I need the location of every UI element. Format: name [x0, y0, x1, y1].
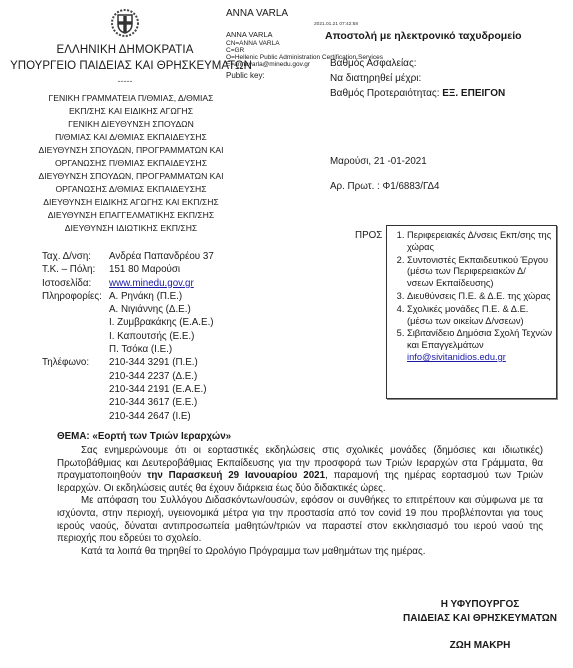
- postal-label: Τ.Κ. – Πόλη:: [42, 263, 109, 276]
- address-label: Ταχ. Δ/νση:: [42, 250, 109, 263]
- department-line: ΓΕΝΙΚΗ ΔΙΕΥΘΥΝΣΗ ΣΠΟΥΔΩΝ: [0, 118, 262, 131]
- department-line: ΔΙΕΥΘΥΝΣΗ ΣΠΟΥΔΩΝ, ΠΡΟΓΡΑΜΜΑΤΩΝ ΚΑΙ: [0, 144, 262, 157]
- retention-label: Να διατηρηθεί μέχρι:: [330, 73, 421, 84]
- signatory-title-1: Η ΥΦΥΠΟΥΡΓΟΣ: [400, 599, 560, 610]
- recipient-item: Σχολικές μονάδες Π.Ε. & Δ.Ε. (μέσω των ο…: [407, 304, 552, 328]
- website-link[interactable]: www.minedu.gov.gr: [109, 277, 194, 290]
- public-key-label: Public key:: [226, 71, 265, 80]
- security-level-label: Βαθμός Ασφαλείας:: [330, 58, 417, 69]
- body-paragraph-3: Κατά τα λοιπά θα τηρηθεί το Ωρολόγιο Πρό…: [57, 546, 543, 559]
- body-text: Σας ενημερώνουμε ότι οι εορταστικές εκδη…: [57, 445, 543, 558]
- recipient-item: Συντονιστές Εκπαιδευτικού Έργου (μέσω τω…: [407, 255, 552, 290]
- signatory-title-2: ΠΑΙΔΕΙΑΣ ΚΑΙ ΘΡΗΣΚΕΥΜΑΤΩΝ: [400, 613, 560, 624]
- phone-number: 210-344 2237 (Δ.Ε.): [109, 370, 197, 383]
- email-notice: Αποστολή με ηλεκτρονικό ταχυδρομείο: [325, 30, 522, 42]
- department-line: ΟΡΓΑΝΩΣΗΣ Δ/ΘΜΙΑΣ ΕΚΠΑΙΔΕΥΣΗΣ: [0, 183, 262, 196]
- website-label: Ιστοσελίδα:: [42, 277, 109, 290]
- phone-label: Τηλέφωνο:: [42, 356, 109, 369]
- phone-number: 210-344 3617 (Ε.Ε.): [109, 396, 197, 409]
- recipients-label: ΠΡΟΣ :: [355, 230, 388, 241]
- phone-number: 210-344 2647 (Ι.Ε): [109, 410, 191, 423]
- recipient-email-link[interactable]: info@sivitanidios.edu.gr: [407, 352, 506, 362]
- recipient-item: Σιβιτανίδειο Δημόσια Σχολή Τεχνών και Επ…: [407, 328, 552, 363]
- info-person: Ι. Ζυμβρακάκης (Ε.Α.Ε.): [109, 316, 214, 329]
- department-line: ΔΙΕΥΘΥΝΣΗ ΙΔΙΩΤΙΚΗΣ ΕΚΠ/ΣΗΣ: [0, 222, 262, 235]
- department-line: ΟΡΓΑΝΩΣΗΣ Π/ΘΜΙΑΣ ΕΚΠΑΙΔΕΥΣΗΣ: [0, 157, 262, 170]
- signature-signer-name: ANNA VARLA: [226, 8, 288, 19]
- document-date: Μαρούσι, 21 -01-2021: [330, 156, 427, 167]
- event-date: την Παρασκευή 29 Ιανουαρίου 2021: [147, 470, 325, 481]
- signature-timestamp: 2021.01.21 07:42:58: [314, 22, 358, 27]
- phone-number: 210-344 2191 (Ε.Α.Ε.): [109, 383, 207, 396]
- department-line: Π/ΘΜΙΑΣ ΚΑΙ Δ/ΘΜΙΑΣ ΕΚΠΑΙΔΕΥΣΗΣ: [0, 131, 262, 144]
- recipients-box: Περιφερειακές Δ/νσεις Εκπ/σης της χώρας …: [386, 225, 557, 399]
- recipient-label: Σιβιτανίδειο Δημόσια Σχολή Τεχνών και Επ…: [407, 328, 552, 350]
- protocol-number: Αρ. Πρωτ. : Φ1/6883/ΓΔ4: [330, 181, 439, 192]
- department-line: ΔΙΕΥΘΥΝΣΗ ΕΠΑΓΓΕΛΜΑΤΙΚΗΣ ΕΚΠ/ΣΗΣ: [0, 209, 262, 222]
- signature-cn-title: ANNA VARLA: [226, 30, 273, 39]
- signature-detail: CN=ANNA VARLA: [226, 40, 280, 47]
- priority-line: Βαθμός Προτεραιότητας: ΕΞ. ΕΠΕΙΓΟΝ: [330, 88, 505, 99]
- country-name: ΕΛΛΗΝΙΚΗ ΔΗΜΟΚΡΑΤΙΑ: [0, 44, 250, 56]
- signature-detail: E=annavarla@minedu.gov.gr: [226, 61, 310, 68]
- info-person: Ι. Καπουτσής (Ε.Ε.): [109, 330, 194, 343]
- separator: -----: [110, 76, 140, 86]
- contact-block: Ταχ. Δ/νση:Ανδρέα Παπανδρέου 37 Τ.Κ. – Π…: [42, 250, 214, 423]
- signature-detail: C=GR: [226, 47, 244, 54]
- body-paragraph-2: Με απόφαση του Συλλόγου Διδασκόντων/ουσώ…: [57, 495, 543, 545]
- info-person: Α. Ρηνάκη (Π.Ε.): [109, 290, 182, 303]
- recipient-item: Περιφερειακές Δ/νσεις Εκπ/σης της χώρας: [407, 230, 552, 254]
- department-line: ΕΚΠ/ΣΗΣ ΚΑΙ ΕΙΔΙΚΗΣ ΑΓΩΓΗΣ: [0, 105, 262, 118]
- subject-line: ΘΕΜΑ: «Εορτή των Τριών Ιεραρχών»: [57, 431, 231, 442]
- priority-label: Βαθμός Προτεραιότητας:: [330, 88, 439, 99]
- department-line: ΓΕΝΙΚΗ ΓΡΑΜΜΑΤΕΙΑ Π/ΘΜΙΑΣ, Δ/ΘΜΙΑΣ: [0, 92, 262, 105]
- info-person: Α. Νιγιάννης (Δ.Ε.): [109, 303, 191, 316]
- info-person: Π. Τσόκα (Ι.Ε.): [109, 343, 172, 356]
- address-value: Ανδρέα Παπανδρέου 37: [109, 250, 214, 263]
- info-label: Πληροφορίες:: [42, 290, 109, 303]
- recipient-item: Διευθύνσεις Π.Ε. & Δ.Ε. της χώρας: [407, 291, 552, 303]
- signatory-name: ΖΩΗ ΜΑΚΡΗ: [400, 640, 560, 651]
- postal-value: 151 80 Μαρούσι: [109, 263, 180, 276]
- body-paragraph-1: Σας ενημερώνουμε ότι οι εορταστικές εκδη…: [57, 445, 543, 495]
- phone-number: 210-344 3291 (Π.Ε.): [109, 356, 198, 369]
- ministry-name: ΥΠΟΥΡΓΕΙΟ ΠΑΙΔΕΙΑΣ ΚΑΙ ΘΡΗΣΚΕΥΜΑΤΩΝ: [0, 60, 262, 72]
- priority-value: ΕΞ. ΕΠΕΙΓΟΝ: [442, 88, 505, 99]
- subject-label: ΘΕΜΑ: [57, 431, 86, 442]
- department-line: ΔΙΕΥΘΥΝΣΗ ΕΙΔΙΚΗΣ ΑΓΩΓΗΣ ΚΑΙ ΕΚΠ/ΣΗΣ: [0, 196, 262, 209]
- greek-coat-of-arms-icon: [111, 8, 139, 38]
- subject-title: «Εορτή των Τριών Ιεραρχών»: [92, 431, 231, 442]
- department-line: ΔΙΕΥΘΥΝΣΗ ΣΠΟΥΔΩΝ, ΠΡΟΓΡΑΜΜΑΤΩΝ ΚΑΙ: [0, 170, 262, 183]
